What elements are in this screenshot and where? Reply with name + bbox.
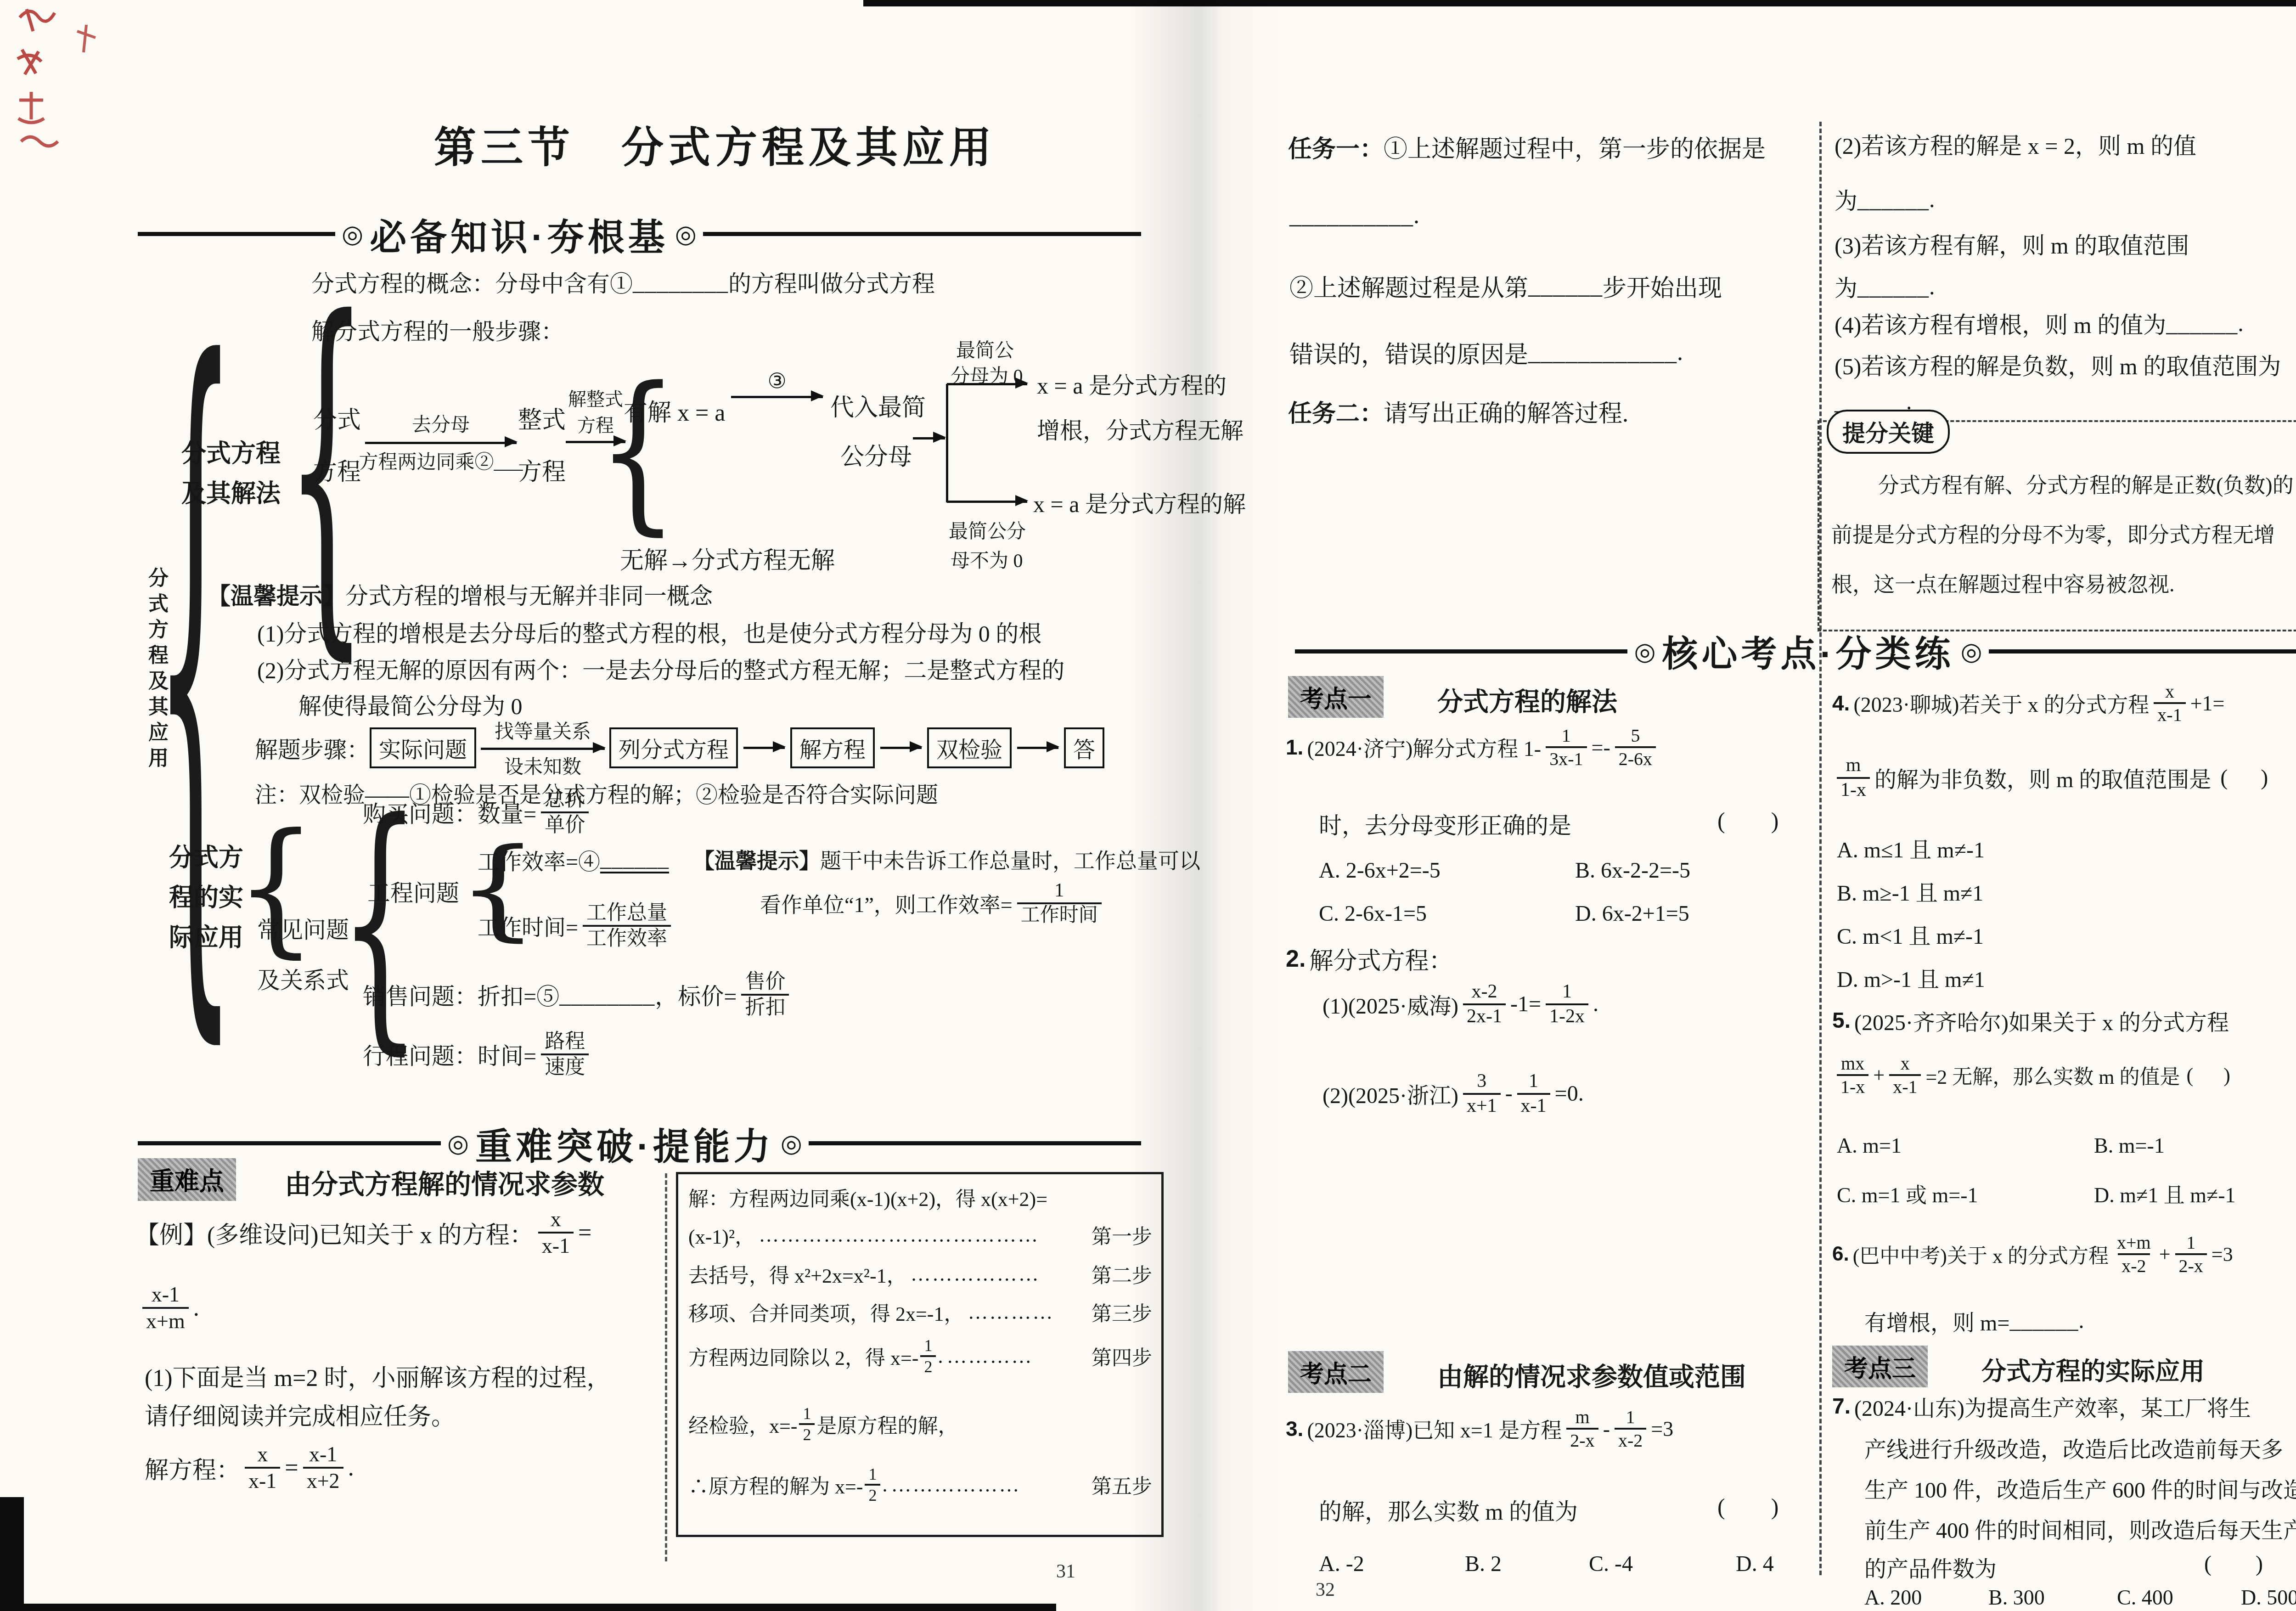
problem-source: (2)(2025·浙江) bbox=[1322, 1078, 1458, 1110]
sale-problem-line: 销售问题：折扣=⑤________，标价= 售价折扣 bbox=[363, 970, 793, 1020]
example-line1: 【例】(多维设问)已知关于 x 的方程： xx-1 = bbox=[135, 1207, 591, 1259]
column-divider-dashed bbox=[665, 1173, 667, 1561]
option-d: D. m>-1 且 m≠1 bbox=[1837, 962, 1985, 993]
solution-line: 去括号，得 x²+2x=x²-1， ……………… 第二步 bbox=[688, 1259, 1152, 1289]
denominator: 1-x bbox=[1837, 777, 1870, 802]
flow-box-problem: 实际问题 bbox=[370, 727, 476, 768]
header-line bbox=[703, 232, 1141, 236]
dot-leader: ………… bbox=[968, 1301, 1087, 1324]
problem2-sub2: (2)(2025·浙江) 3x+1 - 1x-1 =0. bbox=[1322, 1070, 1584, 1117]
denominator: 速度 bbox=[541, 1053, 589, 1079]
page-number-right: 32 bbox=[1316, 1579, 1335, 1601]
problem-text: - bbox=[1603, 1417, 1610, 1441]
problem-text: =3 bbox=[2212, 1243, 2233, 1266]
common-problems-label: 常见问题 bbox=[257, 912, 349, 945]
problem-text: 关于 x 的分式方程 bbox=[1947, 1239, 2109, 1269]
problem-number: 4. bbox=[1832, 691, 1850, 715]
fraction: 52-6x bbox=[1615, 725, 1656, 770]
problem3-line1: 3. (2023·淄博) 已知 x=1 是方程 m2-x - 1x-2 =3 bbox=[1286, 1406, 1673, 1451]
problem4-line1: 4. (2023·聊城) 若关于 x 的分式方程 xx-1 +1= bbox=[1832, 681, 2225, 726]
split-arrow-bottom bbox=[947, 501, 1027, 503]
split-top-label: 最简公 bbox=[956, 335, 1014, 363]
denominator: 单价 bbox=[541, 811, 589, 837]
solution-text: 方程两边同除以 2，得 x=- bbox=[688, 1341, 918, 1371]
fraction: x+mx-2 bbox=[2113, 1232, 2155, 1277]
numerator: x-2 bbox=[1468, 980, 1501, 1003]
branch3-label: 分式方 bbox=[169, 838, 243, 873]
denominator: 2 bbox=[920, 1355, 936, 1376]
page-title: 第三节 分式方程及其应用 bbox=[434, 114, 996, 175]
concept-line: 分式方程的概念：分母中含有①________的方程叫做分式方程 bbox=[311, 265, 935, 299]
problem-text: =3 bbox=[1651, 1417, 1673, 1441]
answer-paren: ( ) bbox=[2220, 765, 2268, 790]
fraction: xx-1 bbox=[2154, 681, 2185, 726]
ring-icon: ◎ bbox=[1961, 637, 1982, 666]
branch3-label: 程的实 bbox=[169, 878, 243, 913]
flow-arrow-relation: 找等量关系 设未知数 bbox=[481, 716, 605, 779]
numerator: x bbox=[253, 1442, 271, 1467]
concept-text: 分式方程的概念：分母中含有① bbox=[311, 265, 633, 299]
fraction: xx-1 bbox=[538, 1207, 574, 1259]
flow-box-answer: 答 bbox=[1064, 727, 1104, 768]
period: . bbox=[348, 1454, 354, 1481]
hard-point-badge: 重难点 bbox=[138, 1158, 236, 1201]
section-header-core: ◎ 核心考点·分类练 ◎ bbox=[1295, 625, 2296, 677]
arrow-line bbox=[880, 747, 922, 749]
question-text: (4)若该方程有增根，则 m 的值为 bbox=[1835, 307, 2166, 340]
numerator: m bbox=[1842, 754, 1865, 777]
tip-text: 看作单位“1”，则工作效率= bbox=[760, 888, 1013, 918]
option-c: C. -4 bbox=[1589, 1551, 1633, 1577]
fill-blank: ______ bbox=[1528, 272, 1603, 299]
denominator: x-1 bbox=[245, 1467, 280, 1493]
problem4-line2: m1-x 的解为非负数，则 m 的取值范围是 ( ) bbox=[1832, 754, 2268, 801]
task1-line: 任务一： ①上述解题过程中，第一步的依据是 bbox=[1288, 130, 1766, 164]
period: . bbox=[1413, 202, 1419, 229]
option-d: D. 6x-2+1=5 bbox=[1575, 901, 1689, 926]
arrow-label-top: 去分母 bbox=[412, 410, 470, 437]
equals-sign: = bbox=[578, 1219, 591, 1246]
arrow-label-bottom: 方程两边同乘②___ bbox=[359, 447, 523, 474]
option-c: C. m=1 或 m=-1 bbox=[1837, 1178, 1978, 1209]
problem2-sub1: (1)(2025·威海) x-22x-1 -1= 11-2x . bbox=[1322, 980, 1598, 1028]
key-tip-text: 前提是分式方程的分母不为零，即分式方程无增 bbox=[1831, 518, 2275, 548]
numerator: 1 bbox=[1525, 1070, 1542, 1093]
dot-leader: ……………… bbox=[911, 1262, 1087, 1286]
branch1-label: 分式方程 bbox=[181, 434, 281, 469]
problem-number: 3. bbox=[1286, 1416, 1303, 1441]
denominator: 1-x bbox=[1837, 1074, 1868, 1098]
concept-text: 的方程叫做分式方程 bbox=[728, 265, 935, 299]
denominator: x-1 bbox=[1889, 1074, 1921, 1098]
solution-line: 方程两边同除以 2，得 x=- 12 . ………… 第四步 bbox=[688, 1336, 1152, 1377]
problem1-line1: 1. (2024·济宁) 解分式方程 1- 13x-1 =- 52-6x bbox=[1286, 725, 1660, 770]
tip-title: 分式方程的增根与无解并非同一概念 bbox=[345, 578, 713, 611]
denominator: 2 bbox=[799, 1423, 815, 1444]
problem-text: + bbox=[1873, 1064, 1885, 1087]
work-time-line: 工作时间= 工作总量工作效率 bbox=[478, 901, 675, 951]
dot-leader: ………………………………… bbox=[759, 1223, 1087, 1247]
numerator: x+m bbox=[2113, 1232, 2155, 1253]
solve-steps-label: 解题步骤： bbox=[255, 732, 370, 765]
tip-item1: (1)分式方程的增根是去分母后的整式方程的根，也是使分式方程分母为 0 的根 bbox=[257, 615, 1041, 648]
problem2-title: 2. 解分式方程： bbox=[1286, 941, 1452, 976]
example-line2: x-1x+m . bbox=[138, 1282, 199, 1334]
numerator: 1 bbox=[920, 1336, 936, 1355]
numerator: 1 bbox=[1051, 879, 1068, 902]
kaodian2-title: 由解的情况求参数值或范围 bbox=[1437, 1357, 1746, 1393]
right-page-column-divider bbox=[1819, 122, 1822, 1575]
solution-text: (x-1)²， bbox=[688, 1220, 755, 1250]
task2-label: 任务二： bbox=[1288, 394, 1384, 428]
arrow-line bbox=[481, 748, 605, 750]
tip-badge: 【温馨提示】 bbox=[693, 844, 820, 874]
option-a: A. m≤1 且 m≠-1 bbox=[1837, 832, 1985, 864]
key-tip-text: 分式方程有解、分式方程的解是正数(负数)的 bbox=[1878, 468, 2294, 499]
flow-box-check: 双检验 bbox=[927, 727, 1012, 768]
arrow-label-top: 找等量关系 bbox=[495, 716, 591, 744]
fill-blank: __________ bbox=[1289, 202, 1413, 229]
denominator: 2 bbox=[865, 1484, 880, 1505]
header-line bbox=[138, 1141, 441, 1145]
problem-number: 5. bbox=[1832, 1008, 1851, 1033]
flow-node-substitute: 公分母 bbox=[840, 437, 912, 472]
option-b: B. 300 bbox=[1988, 1585, 2045, 1610]
task1-text: ①上述解题过程中，第一步的依据是 bbox=[1384, 130, 1766, 164]
problem-text: =- bbox=[1592, 735, 1610, 760]
task1-q2-text: 错误的，错误的原因是 bbox=[1289, 335, 1528, 370]
numerator: x bbox=[547, 1207, 565, 1232]
step-label: 第五步 bbox=[1092, 1470, 1152, 1499]
dot-leader: ………… bbox=[946, 1345, 1087, 1368]
denominator: x+1 bbox=[1463, 1093, 1501, 1118]
flow-node-zhengshi: 方程 bbox=[518, 452, 566, 487]
kaodian1-badge: 考点一 bbox=[1288, 676, 1384, 718]
fraction: m2-x bbox=[1566, 1406, 1598, 1451]
problem-source: (2023·淄博) bbox=[1307, 1414, 1412, 1444]
numerator: 3 bbox=[1473, 1070, 1490, 1093]
numerator: x-1 bbox=[305, 1442, 341, 1467]
problem7-line3: 生产 100 件，改造后生产 600 件的时间与改造 bbox=[1864, 1472, 2296, 1504]
fraction: xx-1 bbox=[1889, 1053, 1921, 1098]
solve-text: 解方程： bbox=[145, 1451, 240, 1485]
period: . bbox=[1593, 991, 1598, 1017]
problem-text: 已知 x=1 是方程 bbox=[1412, 1414, 1562, 1444]
option-d: D. m≠1 且 m≠-1 bbox=[2094, 1178, 2236, 1209]
flow-has-solution: 有解 x = a bbox=[624, 393, 725, 428]
travel-text: 行程问题：时间= bbox=[363, 1038, 536, 1071]
problem7-line1: 7. (2024·山东) 为提高生产效率，某工厂将生 bbox=[1832, 1391, 2251, 1422]
option-d: D. 4 bbox=[1736, 1551, 1774, 1577]
example-question-line2: 请仔细阅读并完成相应任务。 bbox=[145, 1397, 455, 1431]
solution-line: ∴原方程的解为 x=- 12 . ……………… 第五步 bbox=[688, 1465, 1152, 1505]
period: . bbox=[882, 1473, 887, 1497]
brace-solutions: { bbox=[597, 365, 679, 537]
step-label: 第三步 bbox=[1092, 1297, 1152, 1327]
problem-text: 解分式方程： bbox=[1309, 941, 1452, 976]
scan-artifact-corner bbox=[0, 1497, 24, 1611]
problem7-line2: 产线进行升级改造，改造后比改造前每天多 bbox=[1864, 1432, 2283, 1464]
numerator: 1 bbox=[799, 1404, 815, 1423]
kaodian3-title: 分式方程的实际应用 bbox=[1981, 1352, 2205, 1387]
problem-text: 有增根，则 m= bbox=[1864, 1305, 2009, 1337]
efficiency-line: 工作效率=④______ bbox=[478, 844, 669, 876]
time-text: 工作时间= bbox=[478, 910, 578, 941]
problem-text: =2 无解，那么实数 m 的值是 bbox=[1925, 1060, 2180, 1090]
problem-text: 如果关于 x 的分式方程 bbox=[2009, 1005, 2229, 1036]
numerator: 总价 bbox=[541, 788, 589, 811]
question4-line: (4)若该方程有增根，则 m 的值为______. bbox=[1835, 307, 2244, 340]
hard-point-title: 由分式方程解的情况求参数 bbox=[285, 1163, 604, 1201]
problem-source: (1)(2025·威海) bbox=[1322, 988, 1458, 1020]
numerator: 5 bbox=[1627, 725, 1643, 746]
ring-icon: ◎ bbox=[675, 220, 697, 248]
question2-line1: (2)若该方程的解是 x = 2，则 m 的值 bbox=[1835, 128, 2196, 161]
task1-blank-line: __________ . bbox=[1289, 202, 1419, 229]
scan-artifact-top-strip bbox=[863, 0, 2296, 6]
task2-text: 请写出正确的解答过程. bbox=[1384, 394, 1628, 428]
tip-line: 【温馨提示】 分式方程的增根与无解并非同一概念 bbox=[208, 578, 713, 611]
answer-paren: ( ) bbox=[2204, 1551, 2263, 1577]
branch1-label: 及其解法 bbox=[181, 474, 281, 509]
numerator: 工作总量 bbox=[583, 901, 671, 925]
split-bottom-label: 母不为 0 bbox=[951, 546, 1023, 573]
problem3-line2: 的解，那么实数 m 的值为 bbox=[1319, 1493, 1578, 1527]
fill-blank: ______ bbox=[1857, 186, 1929, 213]
solution-line: 解：方程两边同乘(x-1)(x+2)，得 x(x+2)= bbox=[688, 1183, 1152, 1212]
arrow-line bbox=[731, 396, 823, 398]
period: . bbox=[1677, 339, 1683, 366]
equals-sign: = bbox=[285, 1454, 298, 1481]
fill-blank: ______ bbox=[2166, 310, 2238, 337]
tip-text: 题干中未告诉工作总量时，工作总量可以 bbox=[820, 844, 1200, 874]
question3-line2: 为______. bbox=[1835, 270, 1935, 303]
flow-node-fenshi: 分式 bbox=[313, 400, 361, 435]
problem-text: 的解为非负数，则 m 的取值范围是 bbox=[1874, 762, 2211, 794]
denominator: 3x-1 bbox=[1546, 746, 1587, 770]
fill-blank: ____________ bbox=[1528, 339, 1677, 366]
fraction: 总价单价 bbox=[541, 788, 589, 837]
fraction: x-1x+2 bbox=[303, 1442, 343, 1494]
solution-line: (x-1)²， ………………………………… 第一步 bbox=[688, 1220, 1152, 1250]
option-d: D. 500 bbox=[2241, 1585, 2296, 1610]
flow-node-fenshi: 方程 bbox=[313, 452, 361, 487]
numerator: m bbox=[1571, 1406, 1593, 1428]
split-line bbox=[946, 384, 948, 502]
task1-label: 任务一： bbox=[1288, 130, 1384, 164]
fraction: 3x+1 bbox=[1463, 1070, 1501, 1117]
problem-text: 为提高生产效率，某工厂将生 bbox=[1964, 1391, 2251, 1422]
problem-text: +1= bbox=[2190, 691, 2225, 715]
numerator: 1 bbox=[865, 1465, 880, 1484]
denominator: 2-x bbox=[2175, 1253, 2207, 1277]
task1-q2-line2: 错误的，错误的原因是____________. bbox=[1289, 335, 1683, 370]
task1-q2-text: ②上述解题过程是从第 bbox=[1289, 269, 1528, 303]
numerator: 1 bbox=[2183, 1232, 2199, 1253]
denominator: x+2 bbox=[303, 1467, 343, 1493]
fraction: 售价折扣 bbox=[741, 970, 789, 1020]
period: . bbox=[1929, 273, 1935, 300]
numerator: 1 bbox=[1559, 980, 1576, 1003]
question-text: 为 bbox=[1835, 183, 1857, 216]
tip-item2: (2)分式方程无解的原因有两个：一是去分母后的整式方程无解；二是整式方程的 bbox=[257, 652, 1064, 685]
section-title: 核心考点·分类练 bbox=[1662, 625, 1954, 677]
branch3-label: 际应用 bbox=[169, 918, 243, 953]
denominator: 1-2x bbox=[1546, 1003, 1588, 1028]
page-number-left: 31 bbox=[1056, 1560, 1075, 1583]
problem5-line2: mx1-x + xx-1 =2 无解，那么实数 m 的值是 ( ) bbox=[1832, 1053, 2230, 1098]
fraction: 1x-2 bbox=[1615, 1406, 1646, 1451]
answer-paren: ( ) bbox=[1717, 1493, 1778, 1520]
kaodian3-badge: 考点三 bbox=[1832, 1346, 1928, 1387]
arrow-line bbox=[913, 437, 945, 439]
section-title: 必备知识·夯根基 bbox=[370, 208, 669, 260]
flow-box-equation: 列分式方程 bbox=[609, 727, 738, 768]
fraction: 12 bbox=[799, 1404, 815, 1445]
denominator: 2x-1 bbox=[1463, 1003, 1506, 1028]
step-label: 第二步 bbox=[1092, 1259, 1152, 1289]
period: . bbox=[938, 1345, 943, 1368]
fraction: 12 bbox=[920, 1336, 936, 1377]
tip-badge: 【温馨提示】 bbox=[208, 578, 345, 611]
flow-node-zhengshi: 整式 bbox=[518, 400, 566, 435]
problem-text: + bbox=[2159, 1243, 2171, 1266]
flow-node-substitute: 代入最简 bbox=[830, 388, 926, 422]
sale-text: ，标价= bbox=[655, 978, 737, 1011]
split-bottom-label: 最简公分 bbox=[949, 516, 1026, 544]
denominator: 2-x bbox=[1566, 1428, 1598, 1451]
ring-icon: ◎ bbox=[447, 1129, 469, 1158]
numerator: 1 bbox=[1622, 1406, 1639, 1428]
denominator: 折扣 bbox=[741, 994, 789, 1020]
fill-blank: ______ bbox=[2009, 1308, 2078, 1334]
solution-text: 经检验，x=- bbox=[688, 1409, 797, 1439]
common-problems-label: 及关系式 bbox=[257, 962, 349, 995]
question5-line1: (5)若该方程的解是负数，则 m 的取值范围为 bbox=[1835, 348, 2281, 381]
task2-line: 任务二： 请写出正确的解答过程. bbox=[1288, 394, 1628, 428]
numerator: x-1 bbox=[148, 1282, 183, 1307]
task1-q2-line: ②上述解题过程是从第______步开始出现 bbox=[1289, 269, 1722, 303]
kaodian2-badge: 考点二 bbox=[1288, 1351, 1384, 1393]
denominator: x-1 bbox=[2154, 702, 2185, 726]
numerator: 路程 bbox=[541, 1030, 589, 1053]
option-c: C. 2-6x-1=5 bbox=[1319, 901, 1427, 926]
engineering-label: 工程问题 bbox=[367, 875, 459, 908]
header-line bbox=[1295, 649, 1627, 653]
option-b: B. m=-1 bbox=[2094, 1133, 2165, 1158]
engineering-tip-line2: 看作单位“1”，则工作效率= 1工作时间 bbox=[760, 879, 1106, 927]
fraction: 13x-1 bbox=[1546, 725, 1587, 770]
problem-source: (2024·山东) bbox=[1854, 1391, 1964, 1422]
solution-line: 移项、合并同类项，得 2x=-1， ………… 第三步 bbox=[688, 1297, 1152, 1327]
problem5-line1: 5. (2025·齐齐哈尔) 如果关于 x 的分式方程 bbox=[1832, 1005, 2229, 1036]
flow-no-solution: 无解→分式方程无解 bbox=[620, 541, 835, 575]
problem7-line5: 的产品件数为 bbox=[1864, 1551, 1997, 1583]
option-c: C. m<1 且 m≠-1 bbox=[1837, 918, 1984, 950]
solution-text: 解：方程两边同乘(x-1)(x+2)，得 x(x+2)= bbox=[688, 1183, 1047, 1212]
split-top-result: 增根，分式方程无解 bbox=[1037, 412, 1244, 445]
fraction: xx-1 bbox=[245, 1442, 280, 1494]
kaodian1-title: 分式方程的解法 bbox=[1437, 682, 1617, 718]
fill-blank: ______ bbox=[600, 846, 669, 873]
problem-text: 若关于 x 的分式方程 bbox=[1959, 688, 2149, 718]
numerator: 售价 bbox=[741, 970, 789, 994]
denominator: 2-6x bbox=[1615, 746, 1656, 770]
period: . bbox=[2078, 1308, 2084, 1334]
numerator: x bbox=[1897, 1053, 1913, 1074]
period: . bbox=[193, 1295, 199, 1322]
split-bottom-result: x = a 是分式方程的解 bbox=[1033, 486, 1246, 519]
travel-problem-line: 行程问题：时间= 路程速度 bbox=[363, 1030, 593, 1079]
dot-leader: ……………… bbox=[891, 1473, 1087, 1497]
header-line bbox=[1989, 649, 2296, 653]
step-label: 第四步 bbox=[1092, 1341, 1152, 1371]
problem-number: 2. bbox=[1286, 945, 1306, 973]
solution-line: 经检验，x=- 12 是原方程的解， bbox=[688, 1404, 1152, 1445]
problem1-line2: 时，去分母变形正确的是 bbox=[1319, 807, 1571, 840]
fraction: mx1-x bbox=[1837, 1053, 1868, 1098]
period: . bbox=[2238, 310, 2244, 337]
solution-text: ∴原方程的解为 x=- bbox=[688, 1470, 863, 1499]
problem-source: (2023·聊城) bbox=[1853, 688, 1959, 718]
fraction: 工作总量工作效率 bbox=[583, 901, 671, 951]
option-a: A. -2 bbox=[1319, 1551, 1364, 1577]
problem-source: (2025·齐齐哈尔) bbox=[1854, 1005, 2009, 1036]
problem-text: 解分式方程 1- bbox=[1412, 732, 1541, 762]
denominator: x+m bbox=[142, 1307, 189, 1334]
problem6-line1: 6. (巴中中考) 关于 x 的分式方程 x+mx-2 + 12-x =3 bbox=[1832, 1232, 2233, 1277]
flow-arrow-qufenmu: 去分母 方程两边同乘②___ bbox=[365, 410, 517, 474]
fraction: m1-x bbox=[1837, 754, 1870, 801]
numerator: x bbox=[2161, 681, 2178, 702]
sale-text: 销售问题：折扣=⑤ bbox=[363, 978, 559, 1011]
option-b: B. 6x-2-2=-5 bbox=[1575, 858, 1690, 883]
question-text: 为 bbox=[1835, 270, 1857, 303]
section-title: 重难突破·提能力 bbox=[475, 1117, 774, 1170]
answer-paren: ( ) bbox=[1717, 807, 1778, 834]
denominator: x-2 bbox=[2118, 1253, 2150, 1277]
arrow-line bbox=[1017, 747, 1058, 749]
engineering-tip-line1: 【温馨提示】 题干中未告诉工作总量时，工作总量可以 bbox=[693, 844, 1200, 874]
problem-number: 1. bbox=[1286, 735, 1303, 760]
arrow-label-bottom: 设未知数 bbox=[504, 752, 581, 779]
problem-text: =0. bbox=[1555, 1081, 1584, 1106]
task1-q2-text: 步开始出现 bbox=[1603, 269, 1722, 303]
problem-source: (巴中中考) bbox=[1853, 1239, 1947, 1269]
split-top-result: x = a 是分式方程的 bbox=[1037, 367, 1227, 400]
step-label: 第一步 bbox=[1092, 1220, 1152, 1250]
key-tip-badge: 提分关键 bbox=[1827, 410, 1950, 454]
arrow-line bbox=[743, 747, 785, 749]
option-a: A. 2-6x+2=-5 bbox=[1319, 858, 1441, 883]
problem-number: 7. bbox=[1832, 1394, 1851, 1419]
option-c: C. 400 bbox=[2117, 1585, 2173, 1610]
key-tip-text: 根，这一点在解题过程中容易被忽视. bbox=[1831, 568, 2175, 598]
problem-source: (2024·济宁) bbox=[1307, 732, 1412, 762]
solution-box: 解：方程两边同乘(x-1)(x+2)，得 x(x+2)= (x-1)²， ………… bbox=[676, 1172, 1164, 1537]
ring-icon: ◎ bbox=[781, 1129, 802, 1158]
fraction: 路程速度 bbox=[541, 1030, 589, 1079]
solve-equation-line: 解方程： xx-1 = x-1x+2 . bbox=[145, 1442, 354, 1494]
period: . bbox=[1929, 186, 1935, 213]
question3-line1: (3)若该方程有解，则 m 的取值范围 bbox=[1835, 227, 2189, 260]
fraction: 11-2x bbox=[1546, 980, 1588, 1028]
header-line bbox=[809, 1141, 1141, 1145]
numerator: 1 bbox=[1558, 725, 1575, 746]
fraction: x-22x-1 bbox=[1463, 980, 1506, 1028]
ring-icon: ◎ bbox=[1634, 637, 1655, 666]
problem-text: - bbox=[1505, 1081, 1513, 1106]
